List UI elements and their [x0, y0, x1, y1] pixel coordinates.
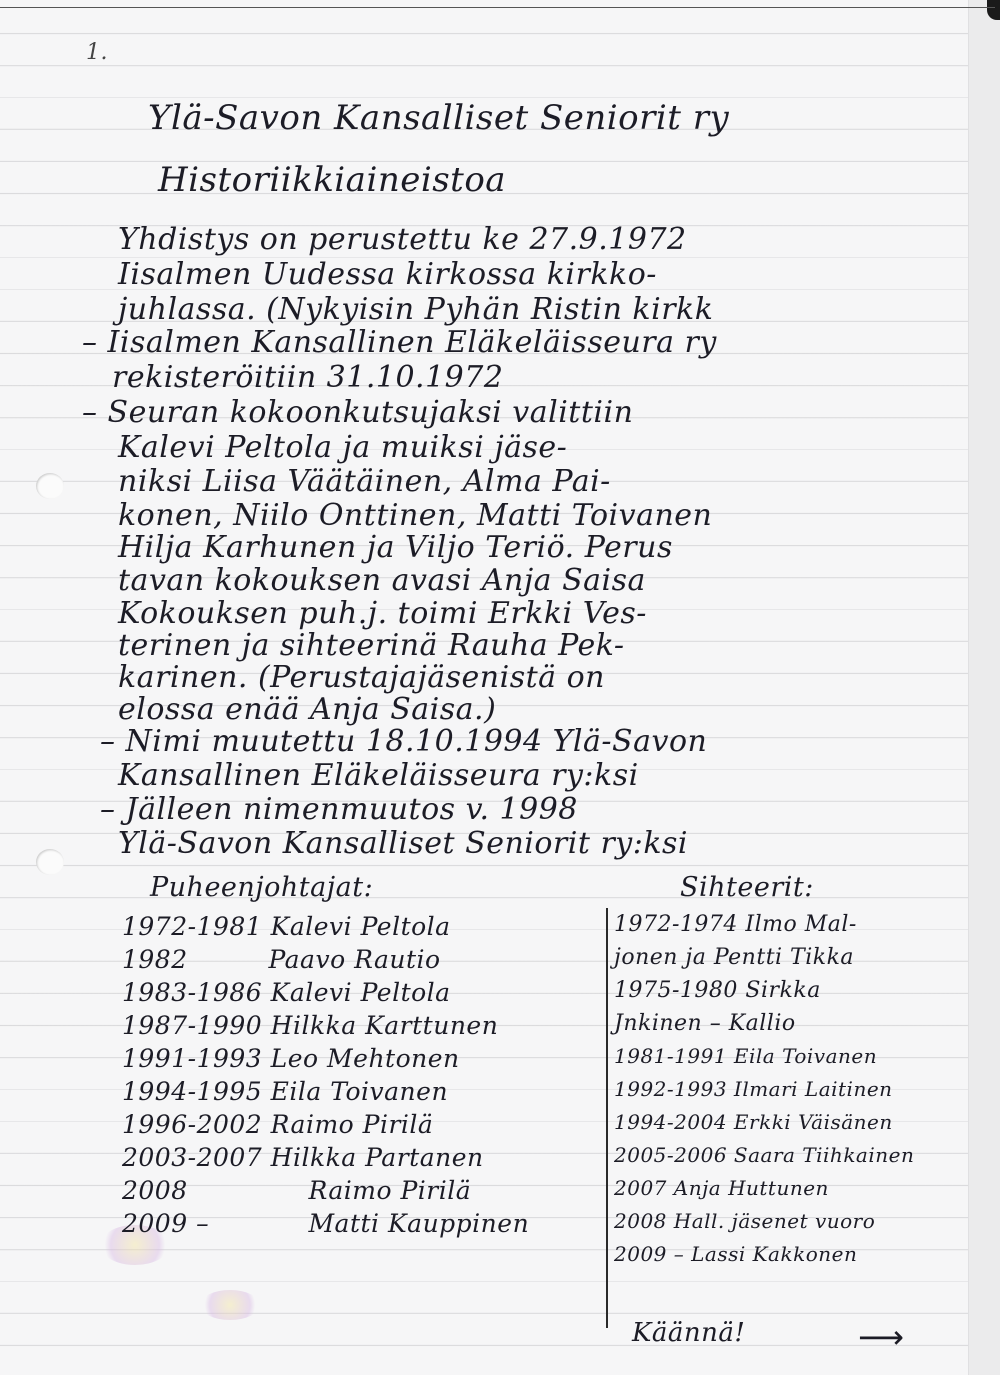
- chair-years: 1987-1990: [122, 1011, 262, 1040]
- text-line: – Jälleen nimenmuutos v. 1998: [100, 792, 578, 827]
- secretary-row: 2005-2006 Saara Tiihkainen: [614, 1143, 914, 1167]
- secretary-row: 1992-1993 Ilmari Laitinen: [614, 1077, 893, 1101]
- chair-row: 2008 Raimo Pirilä: [122, 1176, 471, 1205]
- secretary-row: 1975-1980 Sirkka: [614, 978, 821, 1003]
- chair-name: Paavo Rautio: [268, 945, 440, 974]
- right-arrow-icon: ⟶: [858, 1318, 904, 1356]
- chair-name: Hilkka Partanen: [271, 1143, 484, 1172]
- text-line: rekisteröitiin 31.10.1972: [112, 360, 503, 395]
- chair-name: Raimo Pirilä: [308, 1176, 471, 1205]
- text-line: Ylä-Savon Kansalliset Seniorit ry:ksi: [118, 826, 688, 861]
- secretary-row: 1994-2004 Erkki Väisänen: [614, 1110, 893, 1134]
- text-line: Yhdistys on perustettu ke 27.9.1972: [118, 222, 687, 257]
- secretary-row: Jnkinen – Kallio: [614, 1011, 796, 1036]
- text-line: juhlassa. (Nykyisin Pyhän Ristin kirkk: [118, 292, 713, 327]
- text-line: Kokouksen puh.j. toimi Erkki Ves-: [118, 596, 647, 631]
- page-edge: [968, 0, 1000, 1375]
- chair-row: 2003-2007 Hilkka Partanen: [122, 1143, 484, 1172]
- text-line: – Iisalmen Kansallinen Eläkeläisseura ry: [82, 325, 717, 360]
- chair-row: 1982 Paavo Rautio: [122, 945, 441, 974]
- chair-row: 1983-1986 Kalevi Peltola: [122, 978, 451, 1007]
- chair-name: Matti Kauppinen: [308, 1209, 529, 1238]
- punch-hole-upper: [36, 473, 64, 499]
- text-line: – Nimi muutettu 18.10.1994 Ylä-Savon: [100, 724, 707, 759]
- chair-row: 1987-1990 Hilkka Karttunen: [122, 1011, 498, 1040]
- column-divider: [606, 908, 608, 1328]
- chair-name: Raimo Pirilä: [271, 1110, 434, 1139]
- text-line: – Seuran kokoonkutsujaksi valittiin: [82, 395, 633, 430]
- chair-years: 2008: [122, 1176, 300, 1205]
- top-rule-line: [0, 7, 995, 8]
- text-line: karinen. (Perustajajäsenistä on: [118, 660, 605, 695]
- secretary-row: jonen ja Pentti Tikka: [614, 945, 854, 970]
- text-line: tavan kokouksen avasi Anja Saisa: [118, 563, 646, 598]
- document-subtitle: Historiikkiaineistoa: [158, 160, 506, 200]
- chair-years: 1972-1981: [122, 912, 262, 941]
- chair-row: 1996-2002 Raimo Pirilä: [122, 1110, 433, 1139]
- chair-name: Leo Mehtonen: [271, 1044, 460, 1073]
- secretary-row: 2008 Hall. jäsenet vuoro: [614, 1209, 875, 1233]
- chair-years: 1994-1995: [122, 1077, 262, 1106]
- text-line: niksi Liisa Väätäinen, Alma Pai-: [118, 464, 611, 499]
- chair-row: 1994-1995 Eila Toivanen: [122, 1077, 448, 1106]
- text-line: Iisalmen Uudessa kirkossa kirkko-: [118, 257, 657, 292]
- text-line: Hilja Karhunen ja Viljo Teriö. Perus: [118, 530, 673, 565]
- document-title: Ylä-Savon Kansalliset Seniorit ry: [148, 98, 729, 138]
- chair-name: Eila Toivanen: [271, 1077, 448, 1106]
- text-line: Kalevi Peltola ja muiksi jäse-: [118, 430, 567, 465]
- chair-row: 2009 – Matti Kauppinen: [122, 1209, 529, 1238]
- secretary-row: 2009 – Lassi Kakkonen: [614, 1242, 857, 1266]
- secretaries-heading: Sihteerit:: [680, 872, 814, 903]
- text-line: elossa enää Anja Saisa.): [118, 692, 496, 727]
- chair-name: Kalevi Peltola: [271, 912, 451, 941]
- punch-hole-lower: [36, 849, 64, 875]
- text-line: konen, Niilo Onttinen, Matti Toivanen: [118, 498, 712, 533]
- scan-corner: [987, 0, 1000, 20]
- chair-years: 1991-1993: [122, 1044, 262, 1073]
- chair-years: 2009 –: [122, 1209, 300, 1238]
- chair-years: 1996-2002: [122, 1110, 262, 1139]
- chair-years: 1982: [122, 945, 260, 974]
- chair-name: Hilkka Karttunen: [271, 1011, 499, 1040]
- chair-name: Kalevi Peltola: [271, 978, 451, 1007]
- text-line: Kansallinen Eläkeläisseura ry:ksi: [118, 758, 639, 793]
- page-number: 1.: [86, 40, 108, 65]
- chairs-heading: Puheenjohtajat:: [150, 872, 373, 903]
- chair-row: 1991-1993 Leo Mehtonen: [122, 1044, 460, 1073]
- secretary-row: 1981-1991 Eila Toivanen: [614, 1044, 877, 1068]
- chair-row: 1972-1981 Kalevi Peltola: [122, 912, 451, 941]
- chair-years: 1983-1986: [122, 978, 262, 1007]
- secretary-row: 1972-1974 Ilmo Mal-: [614, 912, 857, 937]
- secretary-row: 2007 Anja Huttunen: [614, 1176, 829, 1200]
- chair-years: 2003-2007: [122, 1143, 262, 1172]
- stain: [200, 1290, 260, 1320]
- text-line: terinen ja sihteerinä Rauha Pek-: [118, 628, 625, 663]
- turn-page-note: Käännä!: [632, 1318, 745, 1348]
